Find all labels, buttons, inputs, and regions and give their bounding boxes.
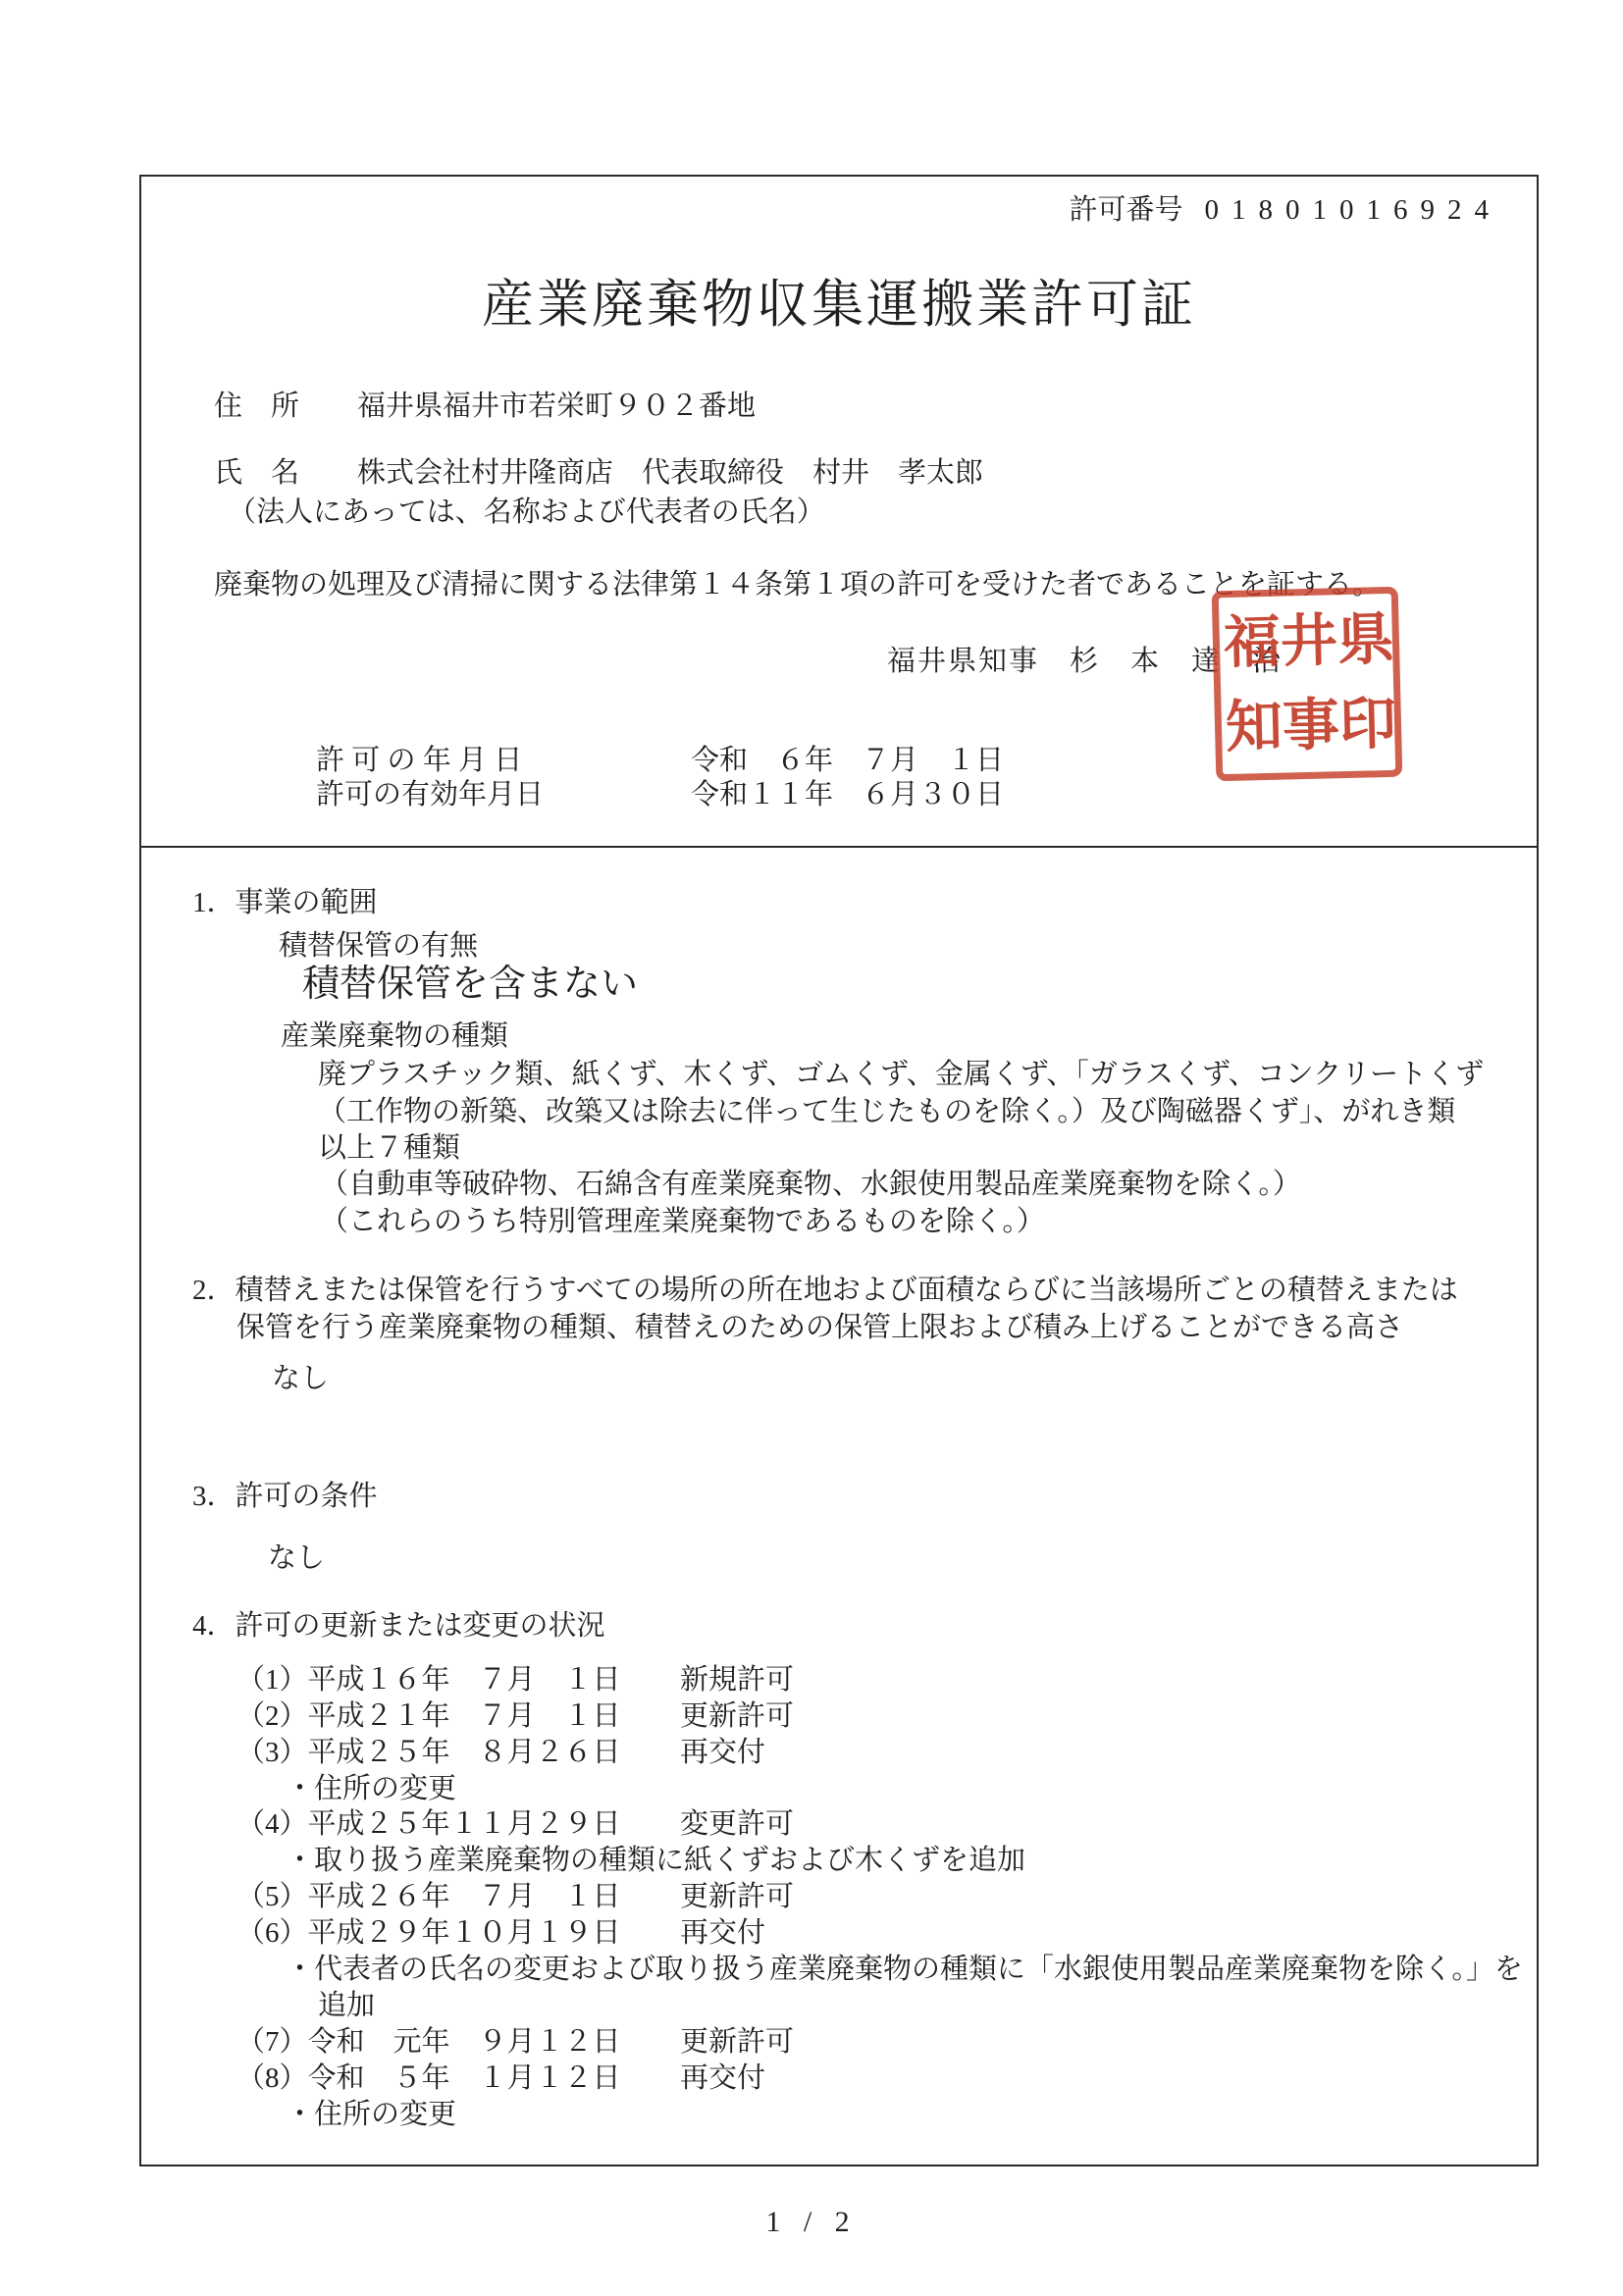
section3-heading: 3．許可の条件 [192, 1479, 378, 1514]
section1-waste-line: （工作物の新築、改築又は除去に伴って生じたものを除く。）及び陶磁器くず」、がれき… [318, 1094, 1455, 1129]
renewal-date: （3）平成２５年 ８月２６日 [236, 1735, 680, 1770]
section1-waste-line: 以上７種類 [318, 1130, 460, 1166]
renewal-row: （6）平成２９年１０月１９日再交付 [236, 1915, 765, 1951]
section3-value: なし [268, 1540, 325, 1576]
permit-date-value: 令和 ６年 ７月 １日 [691, 745, 1004, 776]
section1-transfer-label: 積替保管の有無 [279, 928, 478, 964]
renewal-note: ・住所の変更 [286, 1771, 456, 1806]
renewal-row: （7）令和 元年 ９月１２日更新許可 [236, 2024, 794, 2060]
permit-expiry-row: 許可の有効年月日令和１１年 ６月３０日 [316, 777, 1004, 812]
section1-waste-line: （自動車等破砕物、石綿含有産業廃棄物、水銀使用製品産業廃棄物を除く。） [320, 1167, 1301, 1202]
renewal-date: （1）平成１６年 ７月 １日 [236, 1662, 680, 1697]
scanned-permit-document: 許可番号01801016924 産業廃棄物収集運搬業許可証 住 所福井県福井市若… [0, 0, 1623, 2296]
renewal-note-line: 追加 [318, 1988, 375, 2023]
renewal-action: 新規許可 [680, 1664, 794, 1696]
seal-char: 県 [1336, 611, 1394, 669]
permit-date-label: 許 可 の 年 月 日 [316, 743, 691, 778]
permit-expiry-value: 令和１１年 ６月３０日 [691, 779, 1004, 810]
renewal-date: （2）平成２１年 ７月 １日 [236, 1698, 680, 1734]
section2-value: なし [272, 1361, 329, 1396]
name-label: 氏 名 [214, 455, 357, 491]
renewal-note: ・取り扱う産業廃棄物の種類に紙くずおよび木くずを追加 [286, 1843, 1025, 1878]
seal-char: 事 [1282, 697, 1339, 755]
renewal-row: （5）平成２６年 ７月 １日更新許可 [236, 1879, 794, 1914]
renewal-row: （2）平成２１年 ７月 １日更新許可 [236, 1698, 794, 1734]
section4-heading: 4．許可の更新または変更の状況 [192, 1608, 605, 1644]
renewal-date: （7）令和 元年 ９月１２日 [236, 2024, 680, 2060]
document-title: 産業廃棄物収集運搬業許可証 [141, 273, 1537, 338]
renewal-row: （4）平成２５年１１月２９日変更許可 [236, 1806, 794, 1842]
renewal-action: 更新許可 [680, 2026, 794, 2058]
seal-char: 知 [1225, 699, 1283, 757]
section1-waste-label: 産業廃棄物の種類 [281, 1018, 508, 1054]
section1-heading: 1．事業の範囲 [192, 885, 378, 920]
renewal-date: （5）平成２６年 ７月 １日 [236, 1879, 680, 1914]
seal-char: 井 [1280, 612, 1337, 670]
address-label: 住 所 [214, 389, 357, 424]
renewal-action: 再交付 [680, 2062, 765, 2094]
section1-waste-line: （これらのうち特別管理産業廃棄物であるものを除く。） [320, 1204, 1045, 1239]
document-border-box: 許可番号01801016924 産業廃棄物収集運搬業許可証 住 所福井県福井市若… [139, 175, 1539, 2166]
permit-date-row: 許 可 の 年 月 日令和 ６年 ７月 １日 [316, 743, 1004, 778]
renewal-row: （1）平成１６年 ７月 １日新規許可 [236, 1662, 794, 1697]
page-number: 1 / 2 [0, 2206, 1623, 2239]
permit-number-label: 許可番号 [1069, 194, 1182, 226]
prefecture-governor-seal: 福 井 県 知 事 印 [1212, 587, 1403, 782]
renewal-action: 再交付 [680, 1737, 765, 1768]
address-row: 住 所福井県福井市若栄町９０２番地 [214, 389, 756, 424]
address-value: 福井県福井市若栄町９０２番地 [357, 391, 756, 422]
name-value: 株式会社村井隆商店 代表取締役 村井 孝太郎 [357, 457, 983, 489]
permit-number-value: 01801016924 [1205, 194, 1502, 226]
renewal-action: 再交付 [680, 1917, 765, 1949]
renewal-note-line: ・代表者の氏名の変更および取り扱う産業廃棄物の種類に「水銀使用製品産業廃棄物を除… [286, 1952, 1523, 1987]
section1-waste-line: 廃プラスチック類、紙くず、木くず、ゴムくず、金属くず、「ガラスくず、コンクリート… [318, 1057, 1484, 1092]
renewal-date: （8）令和 ５年 １月１２日 [236, 2061, 680, 2096]
section2-heading-line1: 2．積替えまたは保管を行うすべての場所の所在地および面積ならびに当該場所ごとの積… [192, 1273, 1458, 1308]
renewal-action: 変更許可 [680, 1808, 794, 1840]
certification-statement: 廃棄物の処理及び清掃に関する法律第１４条第１項の許可を受けた者であることを証する… [214, 567, 1381, 602]
renewal-action: 更新許可 [680, 1700, 794, 1732]
name-row: 氏 名株式会社村井隆商店 代表取締役 村井 孝太郎 [214, 455, 983, 491]
permit-expiry-label: 許可の有効年月日 [316, 777, 691, 812]
renewal-row: （8）令和 ５年 １月１２日再交付 [236, 2061, 765, 2096]
renewal-date: （6）平成２９年１０月１９日 [236, 1915, 680, 1951]
renewal-date: （4）平成２５年１１月２９日 [236, 1806, 680, 1842]
seal-char: 福 [1223, 614, 1281, 672]
section2-heading-line2: 保管を行う産業廃棄物の種類、積替えのための保管上限および積み上げることができる高… [236, 1310, 1403, 1345]
section1-transfer-value: 積替保管を含まない [302, 962, 638, 1009]
seal-char: 印 [1338, 696, 1396, 754]
renewal-action: 更新許可 [680, 1881, 794, 1912]
header-body-divider [139, 846, 1539, 848]
name-note: （法人にあっては、名称および代表者の氏名） [228, 495, 825, 530]
renewal-row: （3）平成２５年 ８月２６日再交付 [236, 1735, 765, 1770]
renewal-note: ・住所の変更 [286, 2097, 456, 2132]
permit-number-row: 許可番号01801016924 [1069, 192, 1501, 228]
